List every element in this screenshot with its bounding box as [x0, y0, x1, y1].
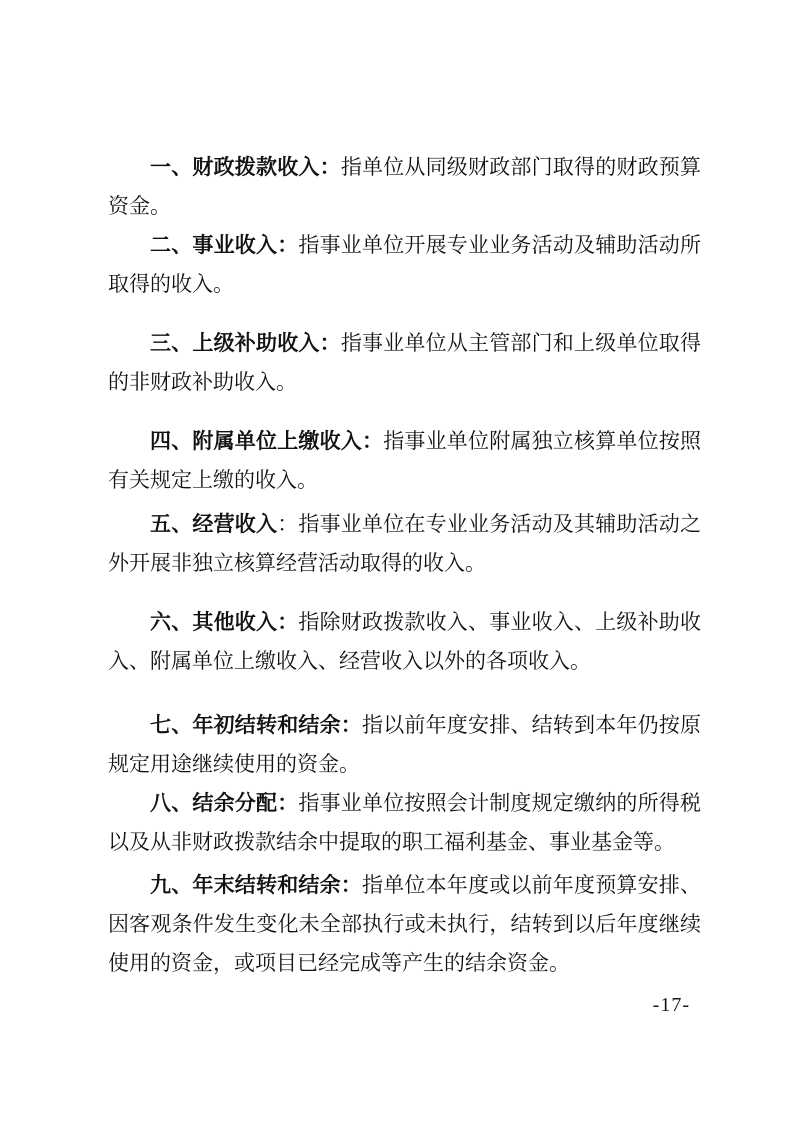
definition-paragraph: 八、结余分配：指事业单位按照会计制度规定缴纳的所得税以及从非财政拨款结余中提取的… [108, 784, 701, 862]
definition-paragraph: 一、财政拨款收入：指单位从同级财政部门取得的财政预算资金。 [108, 148, 701, 226]
definition-term: 一、财政拨款收入： [150, 155, 341, 179]
definition-paragraph: 九、年末结转和结余：指单位本年度或以前年度预算安排、因客观条件发生变化未全部执行… [108, 866, 701, 983]
definition-paragraph: 四、附属单位上缴收入：指事业单位附属独立核算单位按照有关规定上缴的收入。 [108, 422, 701, 500]
definition-term: 九、年末结转和结余： [150, 873, 362, 897]
definition-term: 七、年初结转和结余： [150, 713, 362, 737]
definition-paragraph: 六、其他收入：指除财政拨款收入、事业收入、上级补助收入、附属单位上缴收入、经营收… [108, 603, 701, 681]
definition-term: 三、上级补助收入： [150, 331, 341, 355]
definition-paragraph: 七、年初结转和结余：指以前年度安排、结转到本年仍按原规定用途继续使用的资金。 [108, 706, 701, 784]
definition-term: 八、结余分配： [150, 791, 298, 815]
document-page: 一、财政拨款收入：指单位从同级财政部门取得的财政预算资金。 二、事业收入：指事业… [0, 0, 793, 1122]
page-number: -17- [653, 994, 690, 1016]
definition-term: 六、其他收入： [150, 610, 298, 634]
definition-paragraph: 二、事业收入：指事业单位开展专业业务活动及辅助活动所取得的收入。 [108, 226, 701, 304]
paragraph-list: 一、财政拨款收入：指单位从同级财政部门取得的财政预算资金。 二、事业收入：指事业… [108, 148, 701, 983]
document-body: 一、财政拨款收入：指单位从同级财政部门取得的财政预算资金。 二、事业收入：指事业… [108, 148, 701, 983]
definition-term: 四、附属单位上缴收入： [150, 429, 383, 453]
definition-term: 五、经营收入 [150, 512, 277, 536]
definition-term: 二、事业收入： [150, 233, 298, 257]
definition-paragraph: 五、经营收入：指事业单位在专业业务活动及其辅助活动之外开展非独立核算经营活动取得… [108, 505, 701, 583]
definition-paragraph: 三、上级补助收入：指事业单位从主管部门和上级单位取得的非财政补助收入。 [108, 324, 701, 402]
